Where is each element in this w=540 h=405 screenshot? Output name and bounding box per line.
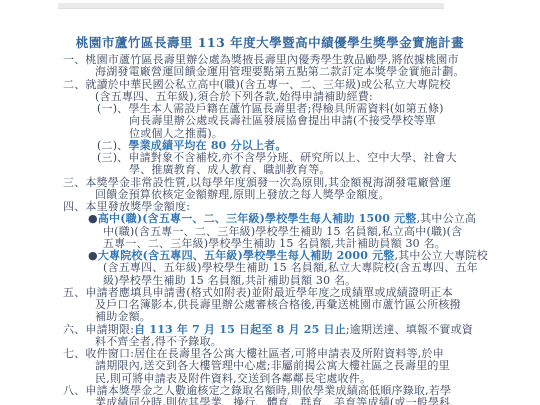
doc-line: 業成績同分時,則依其學業、操行、體育、群育、美育等成績(或一般學科、 xyxy=(95,397,533,405)
text-segment: (含五專四、五年級)學校學生補助 15 名員額,私立大專院校(含五專四、五年 xyxy=(103,261,478,274)
text-segment: 六、申請期限: xyxy=(63,323,134,336)
text-segment: (含五專四、五年級),須合於下列各款,始得申請補助經費: xyxy=(95,90,373,103)
text-segment: ;逾期送達、填報不實或資 xyxy=(346,323,473,336)
text-segment: 三、本獎學金非常設性質,以每學年度頒發一次為原則,其金額視海湖發電廠營運 xyxy=(63,176,451,189)
emphasized-text-segment: 高中(職)(含五專一、二、三年級)學校學生每人補助 1500 元整 xyxy=(98,212,417,225)
text-segment: 補助金額。 xyxy=(95,310,151,323)
text-segment: 五專一、二、三年級)學校學生補助 15 名員額,共計補助員額 30 名。 xyxy=(103,237,446,250)
text-segment: 民,則可將申請表及附件資料,交送到各鄰鄰長宅處收件。 xyxy=(95,372,371,385)
text-segment: 海湖發電廠營運回饋金運用管理要點第五點第二款訂定本獎學金實施計劃。 xyxy=(95,65,465,78)
text-segment: (二)、 xyxy=(97,139,128,152)
text-segment: 料不齊全者,得不予錄取。 xyxy=(95,335,222,348)
text-segment: ● xyxy=(88,249,98,262)
text-segment: 級)學校學生補助 15 名員額,共計補助員額 30 名。 xyxy=(103,274,356,287)
emphasized-text-segment: 學業成績平均在 80 分以上者。 xyxy=(128,139,286,152)
text-segment: 回饋金預算依核定金額辦理,原則上發放之每人獎學金額度。 xyxy=(95,188,390,201)
text-segment: 業成績同分時,則依其學業、操行、體育、群育、美育等成績(或一般學科、 xyxy=(95,396,462,405)
page-top-edge xyxy=(58,3,444,9)
text-segment: ● xyxy=(88,212,98,225)
emphasized-text-segment: 自 113 年 7 月 15 日起至 8 月 25 日止 xyxy=(134,323,346,336)
text-segment: 向長壽里辦公處或長壽社區發展協會提出申請(不接受學校等單 xyxy=(129,114,436,127)
doc-body: 一、桃園市蘆竹區長壽里辦公處為獎掖長壽里內優秀學生敦品勵學,將依據桃園市海湖發電… xyxy=(63,54,533,405)
text-segment: 中(職)(含五專一、二、三年級)學校學生補助 15 名員額,私立高中(職)(含 xyxy=(103,225,462,238)
doc-line: 及戶口名簿影本,供長壽里辦公處審核合格後,再彙送桃園市蘆竹區公所核撥 xyxy=(95,299,533,311)
text-segment: 請期限內,送交到各大樓管理中心處;非屬前揭公寓大樓社區之長壽里的里 xyxy=(95,359,450,372)
text-segment: 位或個人之推薦)。 xyxy=(129,127,223,140)
text-segment: 學、推廣教育、成人教育、職訓教育等。 xyxy=(129,163,331,176)
text-segment: 五、申請者應填具申請書(格式如附表)並附最近學年度之成績單或成績證明正本 xyxy=(63,286,453,299)
document-page: 桃園市蘆竹區長壽里 113 年度大學暨高中績優學生獎學金實施計畫 一、桃園市蘆竹… xyxy=(0,0,540,405)
doc-title: 桃園市蘆竹區長壽里 113 年度大學暨高中績優學生獎學金實施計畫 xyxy=(0,33,540,51)
text-segment: ,其中公立高 xyxy=(417,212,477,225)
text-segment: 二、就讀於中華民國公私立高中(職)(含五專一、二、三年級)或公私立大專院校 xyxy=(63,78,451,91)
text-segment: 八、申請本獎學金之人數逾核定之錄取名額時,則依學業成績高低順序錄取,若學 xyxy=(63,384,451,397)
